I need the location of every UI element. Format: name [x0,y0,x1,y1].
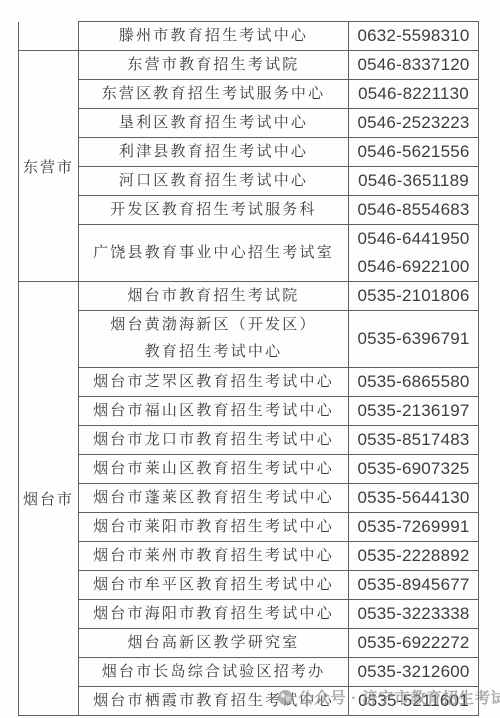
table-row: 烟台市长岛综合试验区招考办0535-3212600 [19,658,479,687]
institution-cell: 东营市教育招生考试院 [79,51,349,80]
institution-cell: 烟台市栖霞市教育招生考试中心 [79,687,349,716]
phone-cell: 0546-64419500546-6922100 [349,225,479,282]
phone-cell: 0546-8337120 [349,51,479,80]
table-row: 烟台市海阳市教育招生考试中心0535-3223338 [19,600,479,629]
institution-cell: 烟台市教育招生考试院 [79,282,349,311]
table-row: 烟台市莱阳市教育招生考试中心0535-7269991 [19,513,479,542]
phone-cell: 0535-3212600 [349,658,479,687]
table-row: 烟台黄渤海新区（开发区）教育招生考试中心0535-6396791 [19,311,479,368]
institution-cell: 滕州市教育招生考试中心 [79,22,349,51]
institution-cell: 烟台市莱阳市教育招生考试中心 [79,513,349,542]
phone-cell: 0535-2228892 [349,542,479,571]
table-row: 利津县教育招生考试中心0546-5621556 [19,138,479,167]
institution-cell: 烟台市莱州市教育招生考试中心 [79,542,349,571]
phone-cell: 0535-8517483 [349,426,479,455]
city-cell: 东营市 [19,51,79,282]
phone-cell: 0535-6922272 [349,629,479,658]
institution-cell: 烟台市蓬莱区教育招生考试中心 [79,484,349,513]
city-cell: 烟台市 [19,282,79,716]
phone-cell: 0632-5598310 [349,22,479,51]
institution-cell: 开发区教育招生考试服务科 [79,196,349,225]
table-row: 东营区教育招生考试服务中心0546-8221130 [19,80,479,109]
phone-cell: 0535-8945677 [349,571,479,600]
table-row: 河口区教育招生考试中心0546-3651189 [19,167,479,196]
table-row: 烟台市福山区教育招生考试中心0535-2136197 [19,397,479,426]
phone-cell: 0535-3223338 [349,600,479,629]
phone-cell: 0546-3651189 [349,167,479,196]
phone-cell: 0546-8221130 [349,80,479,109]
table-row: 烟台市蓬莱区教育招生考试中心0535-5644130 [19,484,479,513]
city-cell [19,22,79,51]
institution-cell: 烟台市芝罘区教育招生考试中心 [79,368,349,397]
institution-cell: 河口区教育招生考试中心 [79,167,349,196]
institution-cell: 烟台市福山区教育招生考试中心 [79,397,349,426]
phone-cell: 0535-5644130 [349,484,479,513]
phone-cell: 0535-2101806 [349,282,479,311]
institution-cell: 烟台市海阳市教育招生考试中心 [79,600,349,629]
phone-cell: 0535-2136197 [349,397,479,426]
page: 滕州市教育招生考试中心0632-5598310东营市东营市教育招生考试院0546… [0,0,500,718]
table-row: 垦利区教育招生考试中心0546-2523223 [19,109,479,138]
institution-cell: 烟台市长岛综合试验区招考办 [79,658,349,687]
phone-cell: 0535-5211601 [349,687,479,716]
institution-cell: 烟台高新区教学研究室 [79,629,349,658]
institution-cell: 广饶县教育事业中心招生考试室 [79,225,349,282]
table-row: 烟台市龙口市教育招生考试中心0535-8517483 [19,426,479,455]
phone-cell: 0535-6865580 [349,368,479,397]
phone-cell: 0546-5621556 [349,138,479,167]
phone-cell: 0546-2523223 [349,109,479,138]
table-row: 烟台市芝罘区教育招生考试中心0535-6865580 [19,368,479,397]
institution-cell: 利津县教育招生考试中心 [79,138,349,167]
table-row: 烟台市栖霞市教育招生考试中心0535-5211601 [19,687,479,716]
phone-cell: 0546-8554683 [349,196,479,225]
institution-cell: 烟台市莱山区教育招生考试中心 [79,455,349,484]
phone-cell: 0535-6396791 [349,311,479,368]
table-row: 烟台高新区教学研究室0535-6922272 [19,629,479,658]
table-row: 开发区教育招生考试服务科0546-8554683 [19,196,479,225]
institution-cell: 烟台黄渤海新区（开发区）教育招生考试中心 [79,311,349,368]
institution-cell: 烟台市牟平区教育招生考试中心 [79,571,349,600]
table-row: 东营市东营市教育招生考试院0546-8337120 [19,51,479,80]
institution-cell: 东营区教育招生考试服务中心 [79,80,349,109]
table-row: 滕州市教育招生考试中心0632-5598310 [19,22,479,51]
institution-cell: 垦利区教育招生考试中心 [79,109,349,138]
contact-table: 滕州市教育招生考试中心0632-5598310东营市东营市教育招生考试院0546… [18,21,479,716]
table-row: 烟台市莱山区教育招生考试中心0535-6907325 [19,455,479,484]
table-row: 烟台市烟台市教育招生考试院0535-2101806 [19,282,479,311]
table-row: 烟台市牟平区教育招生考试中心0535-8945677 [19,571,479,600]
table-row: 烟台市莱州市教育招生考试中心0535-2228892 [19,542,479,571]
contact-table-body: 滕州市教育招生考试中心0632-5598310东营市东营市教育招生考试院0546… [19,22,479,716]
institution-cell: 烟台市龙口市教育招生考试中心 [79,426,349,455]
phone-cell: 0535-6907325 [349,455,479,484]
table-row: 广饶县教育事业中心招生考试室0546-64419500546-6922100 [19,225,479,282]
phone-cell: 0535-7269991 [349,513,479,542]
